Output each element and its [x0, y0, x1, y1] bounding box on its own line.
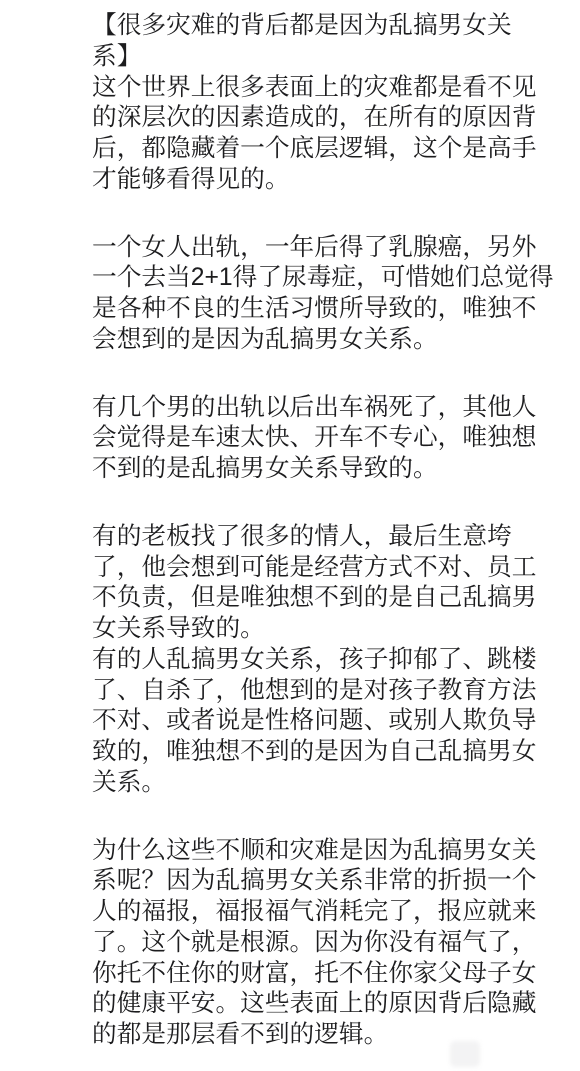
- text-line: 这个世界上很多表面上的灾难都是看不见: [92, 73, 560, 104]
- text-line: 的健康平安。这些表面上的原因背后隐藏: [92, 989, 560, 1020]
- text-line: 你托不住你的财富，托不住你家父母子女: [92, 959, 560, 990]
- text-line: 了。这个就是根源。因为你没有福气了，: [92, 928, 560, 959]
- text-line: 有几个男的出轨以后出车祸死了，其他人: [92, 393, 560, 424]
- boss-children-block: 有的老板找了很多的情人，最后生意垮了，他会想到可能是经营方式不对、员工不负责，但…: [92, 522, 560, 799]
- text-line: 了、自杀了，他想到的是对孩子教育方法: [92, 676, 560, 707]
- conclusion-paragraph: 为什么这些不顺和灾难是因为乱搞男女关系呢？因为乱搞男女关系非常的折损一个人的福报…: [92, 836, 560, 1051]
- conclusion-block: 为什么这些不顺和灾难是因为乱搞男女关系呢？因为乱搞男女关系非常的折损一个人的福报…: [92, 836, 560, 1051]
- opening-block: 【很多灾难的背后都是因为乱搞男女关系】 这个世界上很多表面上的灾难都是看不见的深…: [92, 11, 560, 196]
- text-line: 关系。: [92, 768, 560, 799]
- men-example-block: 有几个男的出轨以后出车祸死了，其他人会觉得是车速太快、开车不专心，唯独想不到的是…: [92, 393, 560, 485]
- text-line: 的深层次的因素造成的，在所有的原因背: [92, 103, 560, 134]
- men-example-paragraph: 有几个男的出轨以后出车祸死了，其他人会觉得是车速太快、开车不专心，唯独想不到的是…: [92, 393, 560, 485]
- text-line: 会觉得是车速太快、开车不专心，唯独想: [92, 423, 560, 454]
- text-line: 有的老板找了很多的情人，最后生意垮: [92, 522, 560, 553]
- text-line: 了，他会想到可能是经营方式不对、员工: [92, 553, 560, 584]
- text-line: 不对、或者说是性格问题、或别人欺负导: [92, 706, 560, 737]
- text-line: 的都是那层看不到的逻辑。: [92, 1020, 560, 1051]
- text-line: 不到的是乱搞男女关系导致的。: [92, 454, 560, 485]
- text-line: 【很多灾难的背后都是因为乱搞男女关: [92, 11, 560, 42]
- text-line: 一个女人出轨，一年后得了乳腺癌，另外: [92, 233, 560, 264]
- boss-example-paragraph: 有的老板找了很多的情人，最后生意垮了，他会想到可能是经营方式不对、员工不负责，但…: [92, 522, 560, 645]
- women-example-block: 一个女人出轨，一年后得了乳腺癌，另外一个去当2+1得了尿毒症，可惜她们总觉得是各…: [92, 233, 560, 356]
- text-line: 会想到的是因为乱搞男女关系。: [92, 325, 560, 356]
- text-line: 致的，唯独想不到的是因为自己乱搞男女: [92, 737, 560, 768]
- text-line: 系】: [92, 42, 560, 73]
- text-line: 女关系导致的。: [92, 614, 560, 645]
- watermark-smudge: [450, 1041, 480, 1067]
- article-title: 【很多灾难的背后都是因为乱搞男女关系】: [92, 11, 560, 73]
- children-example-paragraph: 有的人乱搞男女关系，孩子抑郁了、跳楼了、自杀了，他想到的是对孩子教育方法不对、或…: [92, 645, 560, 799]
- women-example-paragraph: 一个女人出轨，一年后得了乳腺癌，另外一个去当2+1得了尿毒症，可惜她们总觉得是各…: [92, 233, 560, 356]
- text-line: 系呢？因为乱搞男女关系非常的折损一个: [92, 866, 560, 897]
- text-line: 是各种不良的生活习惯所导致的，唯独不: [92, 294, 560, 325]
- text-line: 为什么这些不顺和灾难是因为乱搞男女关: [92, 836, 560, 867]
- text-line: 有的人乱搞男女关系，孩子抑郁了、跳楼: [92, 645, 560, 676]
- text-line: 不负责，但是唯独想不到的是自己乱搞男: [92, 583, 560, 614]
- text-line: 人的福报，福报福气消耗完了，报应就来: [92, 897, 560, 928]
- article-page: 【很多灾难的背后都是因为乱搞男女关系】 这个世界上很多表面上的灾难都是看不见的深…: [0, 0, 580, 1051]
- text-line: 一个去当2+1得了尿毒症，可惜她们总觉得: [92, 263, 560, 294]
- text-line: 才能够看得见的。: [92, 165, 560, 196]
- text-line: 后，都隐藏着一个底层逻辑，这个是高手: [92, 134, 560, 165]
- intro-paragraph: 这个世界上很多表面上的灾难都是看不见的深层次的因素造成的，在所有的原因背后，都隐…: [92, 73, 560, 196]
